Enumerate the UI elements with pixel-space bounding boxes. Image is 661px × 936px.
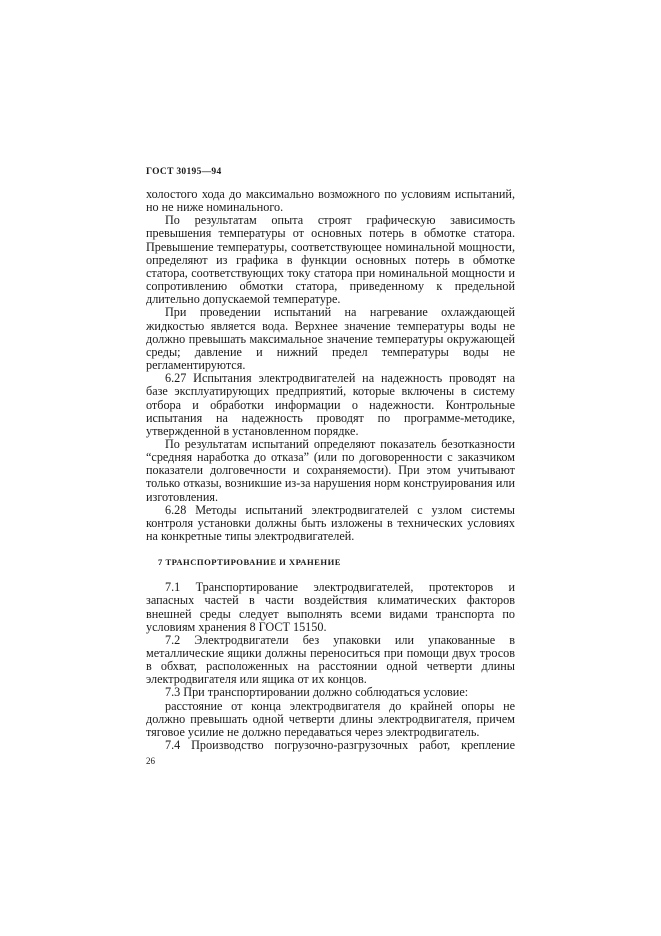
paragraph: По результатам испытаний определяют пока… [146,438,515,504]
page-number: 26 [146,755,515,767]
paragraph: холостого хода до максимально возможного… [146,188,515,214]
document-page: ГОСТ 30195—94 холостого хода до максимал… [146,165,515,767]
section-heading: 7 ТРАНСПОРТИРОВАНИЕ И ХРАНЕНИЕ [158,556,515,569]
paragraph-7-3: 7.3 При транспортировании должно соблюда… [146,686,515,699]
paragraph-6-27: 6.27 Испытания электродвигателей на наде… [146,372,515,438]
paragraph-7-4: 7.4 Производство погрузочно-разгрузочных… [146,739,515,752]
paragraph: По результатам опыта строят графическую … [146,214,515,306]
document-body: холостого хода до максимально возможного… [146,188,515,752]
paragraph-7-2: 7.2 Электродвигатели без упаковки или уп… [146,634,515,687]
document-header: ГОСТ 30195—94 [146,165,515,179]
paragraph-6-28: 6.28 Методы испытаний электродвигателей … [146,504,515,543]
paragraph: При проведении испытаний на нагревание о… [146,306,515,372]
paragraph: расстояние от конца электродвигателя до … [146,700,515,739]
paragraph-7-1: 7.1 Транспортирование электродвигателей,… [146,581,515,634]
